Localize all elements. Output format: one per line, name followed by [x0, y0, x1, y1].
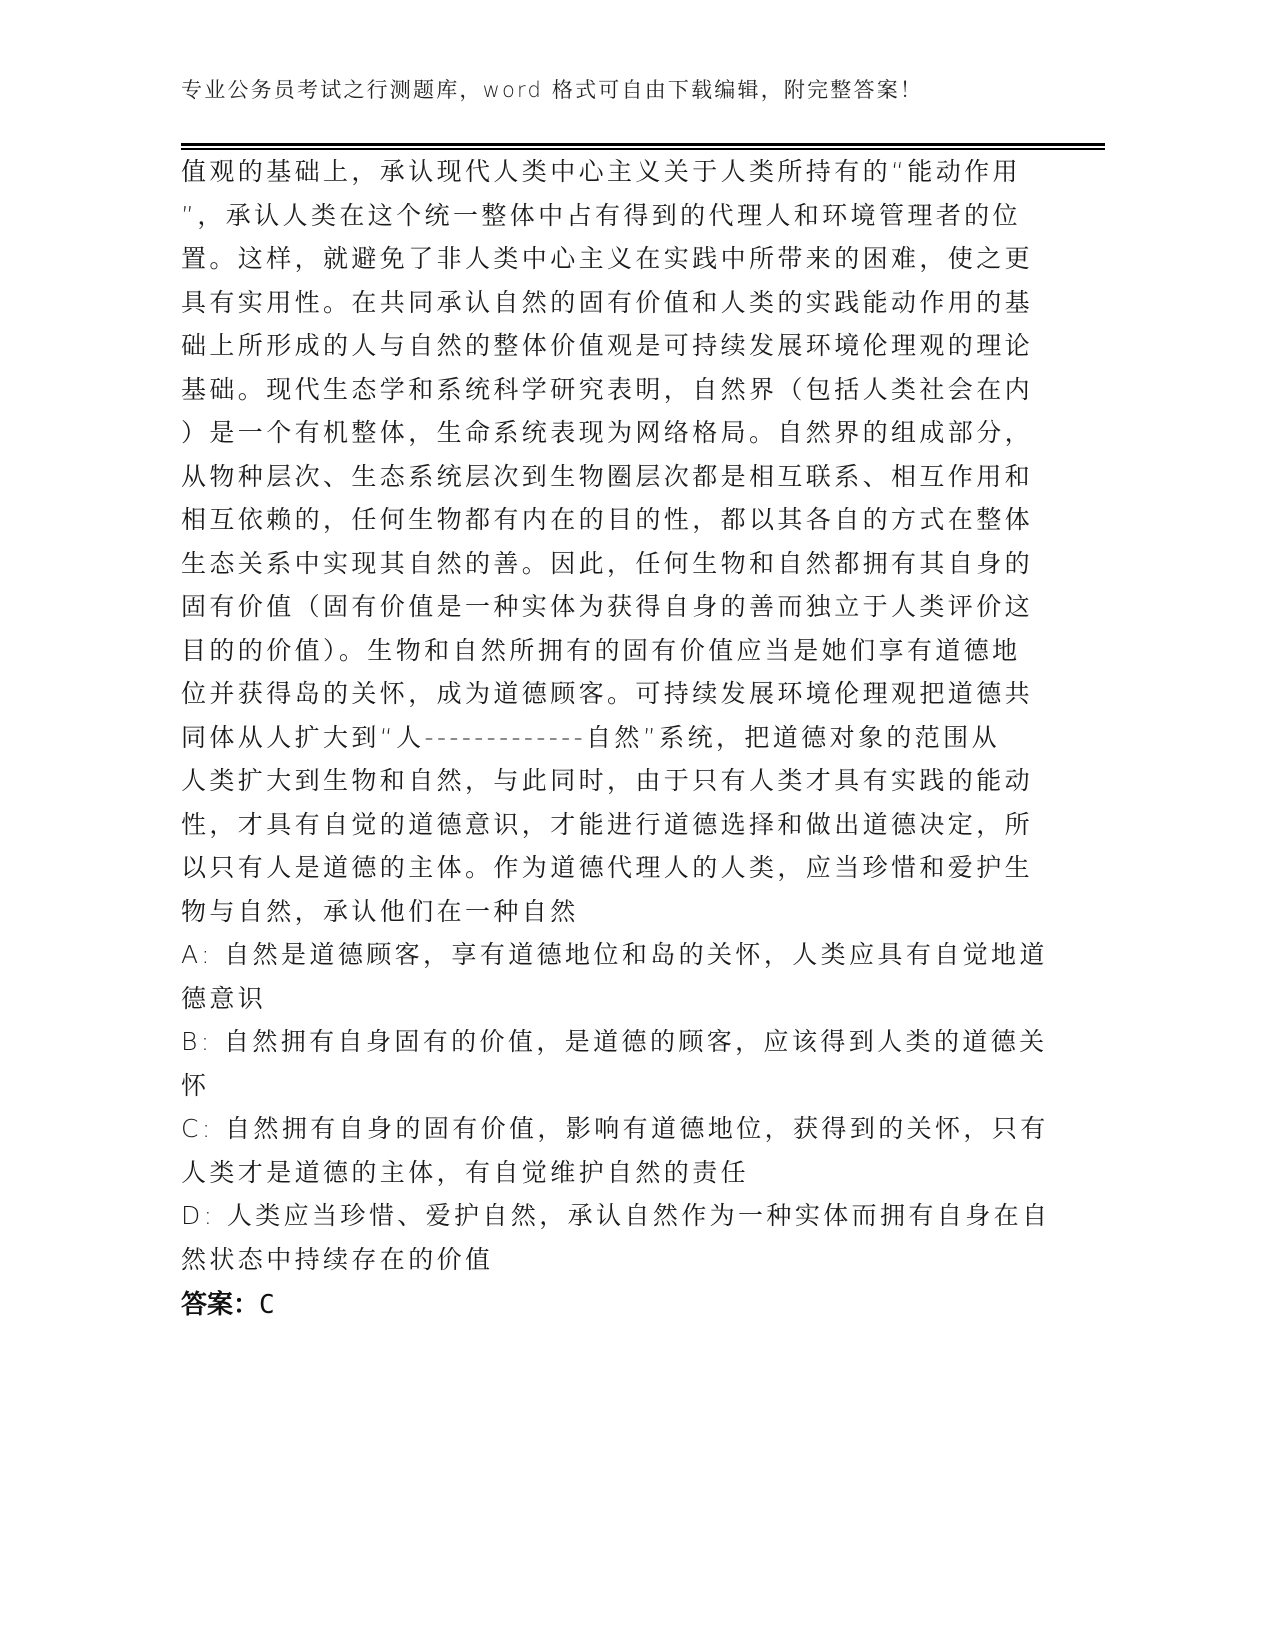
header-rule-thick: [181, 143, 1105, 146]
option-a: A: 自然是道德顾客，享有道德地位和岛的关怀，人类应具有自觉地道 德意识: [181, 933, 1061, 1020]
passage-line: ”，承认人类在这个统一整体中占有得到的代理人和环境管理者的位: [181, 194, 1061, 238]
page-header: 专业公务员考试之行测题库，word 格式可自由下载编辑，附完整答案！: [181, 74, 923, 104]
passage-line: 以只有人是道德的主体。作为道德代理人的人类，应当珍惜和爱护生: [181, 846, 1061, 890]
option-c: C: 自然拥有自身的固有价值，影响有道德地位，获得到的关怀，只有 人类才是道德的…: [181, 1107, 1061, 1194]
passage-line: ）是一个有机整体，生命系统表现为网络格局。自然界的组成部分，: [181, 411, 1061, 455]
passage-line: 生态关系中实现其自然的善。因此，任何生物和自然都拥有其自身的: [181, 542, 1061, 586]
option-b-line: 怀: [181, 1064, 1061, 1108]
passage-line: 物与自然，承认他们在一种自然: [181, 890, 1061, 934]
answer-line: 答案：C: [181, 1284, 275, 1327]
passage-line: 性，才具有自觉的道德意识，才能进行道德选择和做出道德决定，所: [181, 803, 1061, 847]
question-body: 值观的基础上，承认现代人类中心主义关于人类所持有的“能动作用 ”，承认人类在这个…: [181, 150, 1061, 1281]
option-c-line: C: 自然拥有自身的固有价值，影响有道德地位，获得到的关怀，只有: [181, 1107, 1061, 1151]
passage-line: 目的的价值）。生物和自然所拥有的固有价值应当是她们享有道德地: [181, 629, 1061, 673]
passage-line: 人类扩大到生物和自然，与此同时，由于只有人类才具有实践的能动: [181, 759, 1061, 803]
passage-line: 础上所形成的人与自然的整体价值观是可持续发展环境伦理观的理论: [181, 324, 1061, 368]
option-b-line: B: 自然拥有自身固有的价值，是道德的顾客，应该得到人类的道德关: [181, 1020, 1061, 1064]
passage-line: 具有实用性。在共同承认自然的固有价值和人类的实践能动作用的基: [181, 281, 1061, 325]
passage-line: 同体从人扩大到“人-------------自然”系统，把道德对象的范围从: [181, 716, 1061, 760]
option-a-line: A: 自然是道德顾客，享有道德地位和岛的关怀，人类应具有自觉地道: [181, 933, 1061, 977]
option-d-line: 然状态中持续存在的价值: [181, 1238, 1061, 1282]
answer-value: C: [259, 1290, 275, 1320]
passage-line: 基础。现代生态学和系统科学研究表明，自然界（包括人类社会在内: [181, 368, 1061, 412]
option-d: D: 人类应当珍惜、爱护自然，承认自然作为一种实体而拥有自身在自 然状态中持续存…: [181, 1194, 1061, 1281]
passage-line: 值观的基础上，承认现代人类中心主义关于人类所持有的“能动作用: [181, 150, 1061, 194]
passage-line: 置。这样，就避免了非人类中心主义在实践中所带来的困难，使之更: [181, 237, 1061, 281]
option-a-line: 德意识: [181, 977, 1061, 1021]
passage-line: 固有价值（固有价值是一种实体为获得自身的善而独立于人类评价这: [181, 585, 1061, 629]
passage-line: 位并获得岛的关怀，成为道德顾客。可持续发展环境伦理观把道德共: [181, 672, 1061, 716]
passage-line: 相互依赖的，任何生物都有内在的目的性，都以其各自的方式在整体: [181, 498, 1061, 542]
option-c-line: 人类才是道德的主体，有自觉维护自然的责任: [181, 1151, 1061, 1195]
document-page: 专业公务员考试之行测题库，word 格式可自由下载编辑，附完整答案！ 值观的基础…: [0, 0, 1275, 1650]
option-b: B: 自然拥有自身固有的价值，是道德的顾客，应该得到人类的道德关 怀: [181, 1020, 1061, 1107]
option-d-line: D: 人类应当珍惜、爱护自然，承认自然作为一种实体而拥有自身在自: [181, 1194, 1061, 1238]
answer-label: 答案：: [181, 1290, 259, 1320]
passage-line: 从物种层次、生态系统层次到生物圈层次都是相互联系、相互作用和: [181, 455, 1061, 499]
